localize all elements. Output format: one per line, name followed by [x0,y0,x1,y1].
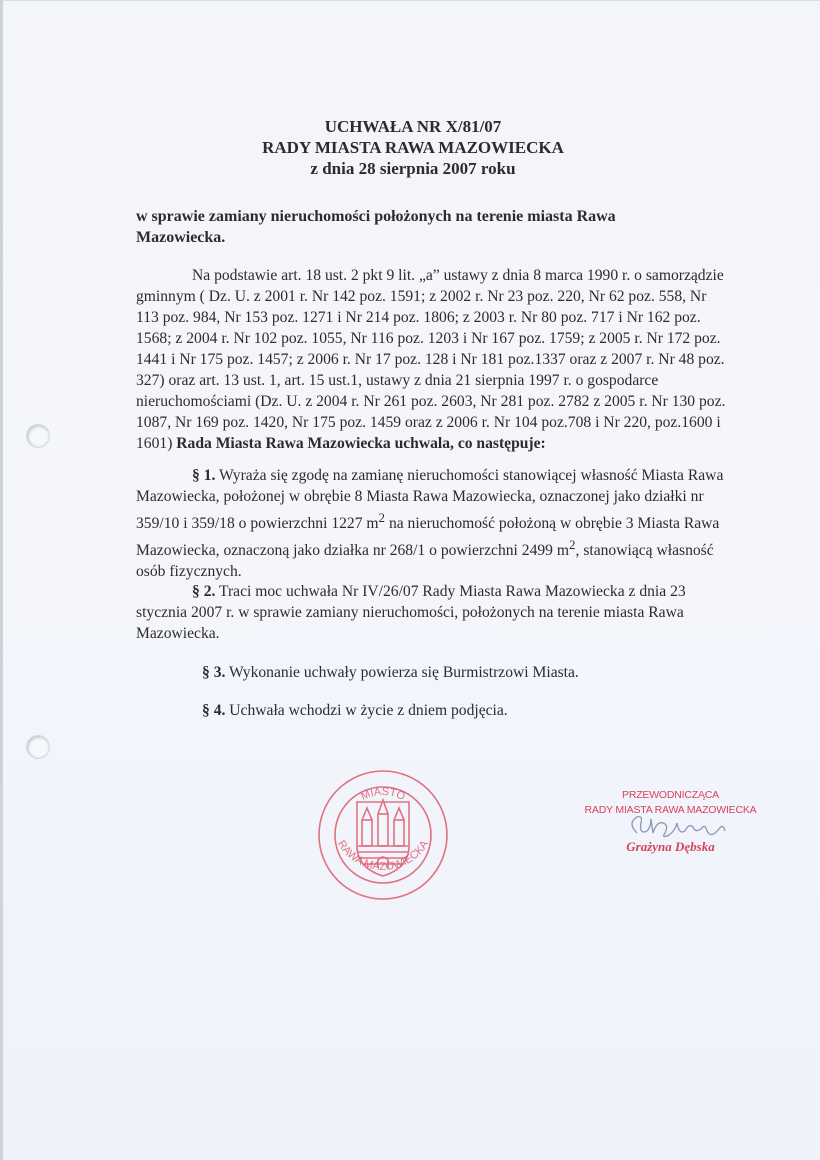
paragraph-4-label: § 4. [202,702,225,719]
paragraph-2-text: Traci moc uchwała Nr IV/26/07 Rady Miast… [136,583,686,642]
paragraph-1-label: § 1. [192,467,215,484]
council-name: RADY MIASTA RAWA MAZOWIECKA [3,137,820,158]
chairperson-role: PRZEWODNICZĄCA [558,788,783,803]
resolution-title: UCHWAŁA NR X/81/07 RADY MIASTA RAWA MAZO… [3,116,820,179]
resolution-number: UCHWAŁA NR X/81/07 [3,116,820,137]
chairperson-name: Grażyna Dębska [558,839,783,855]
preamble-closing: Rada Miasta Rawa Mazowiecka uchwala, co … [176,435,545,452]
preamble-text: Na podstawie art. 18 ust. 2 pkt 9 lit. „… [136,267,725,452]
punch-hole-top [27,425,49,447]
resolution-subject: w sprawie zamiany nieruchomości położony… [136,206,656,248]
svg-text:RAWA MAZOWIECKA: RAWA MAZOWIECKA [335,838,431,873]
paragraph-2-label: § 2. [192,583,215,600]
paragraph-4-text: Uchwała wchodzi w życie z dniem podjęcia… [225,702,507,719]
city-seal-stamp-icon: MIASTO RAWA MAZOWIECKA [316,768,450,902]
paragraph-2: § 2. Traci moc uchwała Nr IV/26/07 Rady … [136,581,726,644]
paragraph-3: § 3. Wykonanie uchwały powierza się Burm… [202,662,702,683]
punch-hole-bottom [27,736,49,758]
paragraph-1: § 1. Wyraża się zgodę na zamianę nieruch… [136,465,726,582]
preamble-paragraph: Na podstawie art. 18 ust. 2 pkt 9 lit. „… [136,265,726,454]
scanned-document-page: UCHWAŁA NR X/81/07 RADY MIASTA RAWA MAZO… [0,0,820,1160]
resolution-date: z dnia 28 sierpnia 2007 roku [3,158,820,179]
paragraph-3-label: § 3. [202,664,225,681]
paragraph-3-text: Wykonanie uchwały powierza się Burmistrz… [225,664,578,681]
paragraph-4: § 4. Uchwała wchodzi w życie z dniem pod… [202,700,702,721]
